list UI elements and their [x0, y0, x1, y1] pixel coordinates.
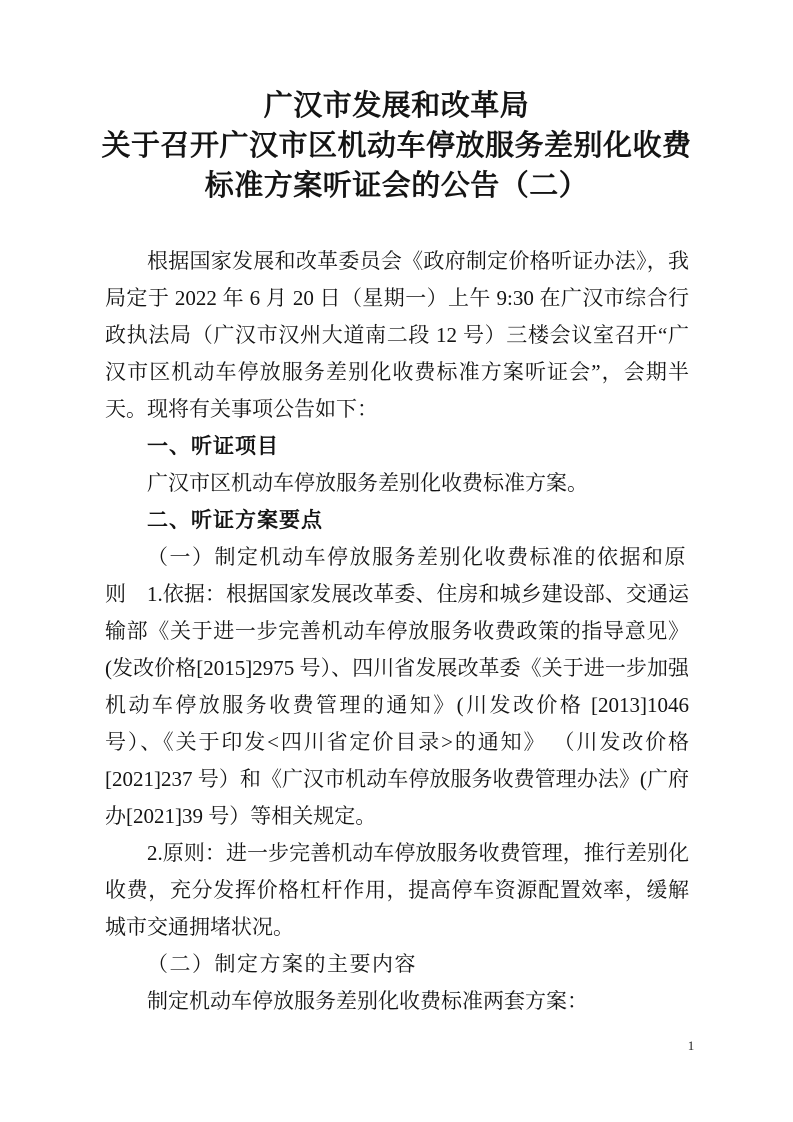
- section-2-sub-2-heading: （二）制定方案的主要内容: [105, 946, 689, 983]
- document-title-line-2: 关于召开广汉市区机动车停放服务差别化收费: [0, 126, 793, 166]
- section-1-heading: 一、听证项目: [105, 428, 689, 465]
- section-2-sub-2-text: 制定机动车停放服务差别化收费标准两套方案：: [105, 983, 689, 1020]
- section-2-sub-1-item-2: 2.原则：进一步完善机动车停放服务收费管理，推行差别化收费，充分发挥价格杠杆作用…: [105, 835, 689, 946]
- section-1-text: 广汉市区机动车停放服务差别化收费标准方案。: [105, 465, 689, 502]
- document-title-line-3: 标准方案听证会的公告（二）: [0, 166, 793, 206]
- section-2-sub-1-item-1: 1.依据：根据国家发展改革委、住房和城乡建设部、交通运输部《关于进一步完善机动车…: [105, 576, 689, 835]
- section-2-heading: 二、听证方案要点: [105, 502, 689, 539]
- document-title-line-1: 广汉市发展和改革局: [0, 86, 793, 126]
- paragraph-intro: 根据国家发展和改革委员会《政府制定价格听证办法》，我局定于 2022 年 6 月…: [105, 243, 689, 428]
- page-number: 1: [676, 1038, 706, 1054]
- document-title: 广汉市发展和改革局 关于召开广汉市区机动车停放服务差别化收费 标准方案听证会的公…: [0, 86, 793, 206]
- document-page: 广汉市发展和改革局 关于召开广汉市区机动车停放服务差别化收费 标准方案听证会的公…: [0, 0, 793, 1122]
